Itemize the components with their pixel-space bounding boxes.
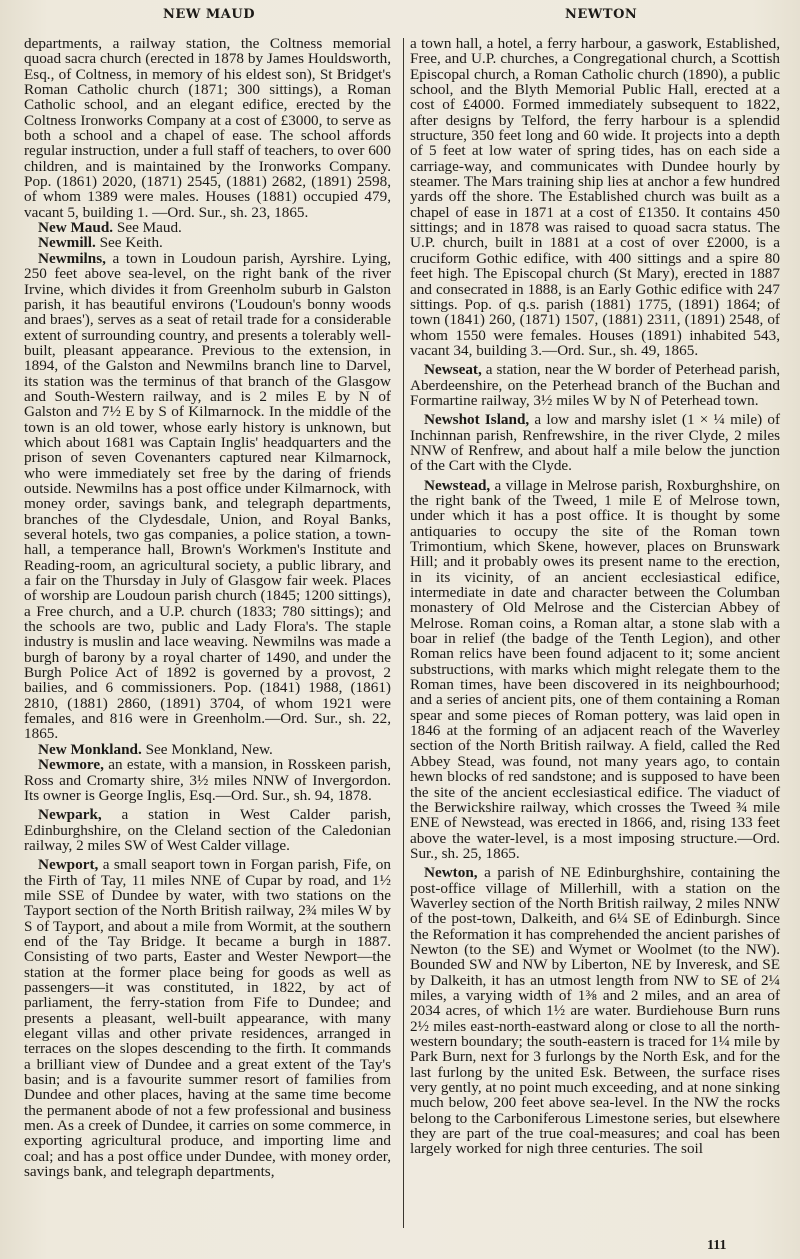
running-head-left: NEW MAUD — [163, 7, 255, 22]
column-rule — [403, 38, 404, 1228]
entry-text: a town in Loudoun parish, Ayrshire. Lyin… — [24, 250, 391, 743]
entry-newseat: Newseat, a station, near the W border of… — [410, 362, 780, 408]
entry-newstead: Newstead, a village in Melrose parish, R… — [410, 478, 780, 862]
entry-newmilns: Newmilns, a town in Loudoun parish, Ayrs… — [24, 251, 391, 742]
entry-newport: Newport, a small seaport town in Forgan … — [24, 857, 391, 1179]
entry-continuation: a town hall, a hotel, a ferry harbour, a… — [410, 36, 780, 358]
right-column: a town hall, a hotel, a ferry harbour, a… — [410, 36, 780, 1157]
entry-continuation: departments, a railway station, the Colt… — [24, 36, 391, 220]
entry-new-maud: New Maud. See Maud. — [24, 220, 391, 235]
entry-newmill: Newmill. See Keith. — [24, 235, 391, 250]
entry-text: a village in Melrose parish, Roxburghshi… — [410, 477, 780, 862]
entry-newpark: Newpark, a station in West Calder parish… — [24, 807, 391, 853]
entry-newshot-island: Newshot Island, a low and marshy islet (… — [410, 412, 780, 473]
gazetteer-page: NEW MAUD NEWTON departments, a railway s… — [0, 0, 800, 1259]
entry-newmore: Newmore, an estate, with a mansion, in R… — [24, 757, 391, 803]
page-number: 111 — [707, 1238, 726, 1254]
entry-text: a parish of NE Edinburghshire, containin… — [410, 864, 780, 1157]
running-head-right: NEWTON — [565, 7, 637, 22]
entry-new-monkland: New Monkland. See Monkland, New. — [24, 742, 391, 757]
left-column: departments, a railway station, the Colt… — [24, 36, 391, 1179]
entry-text: a small seaport town in Forgan parish, F… — [24, 856, 391, 1180]
entry-newton: Newton, a parish of NE Edinburghshire, c… — [410, 865, 780, 1157]
